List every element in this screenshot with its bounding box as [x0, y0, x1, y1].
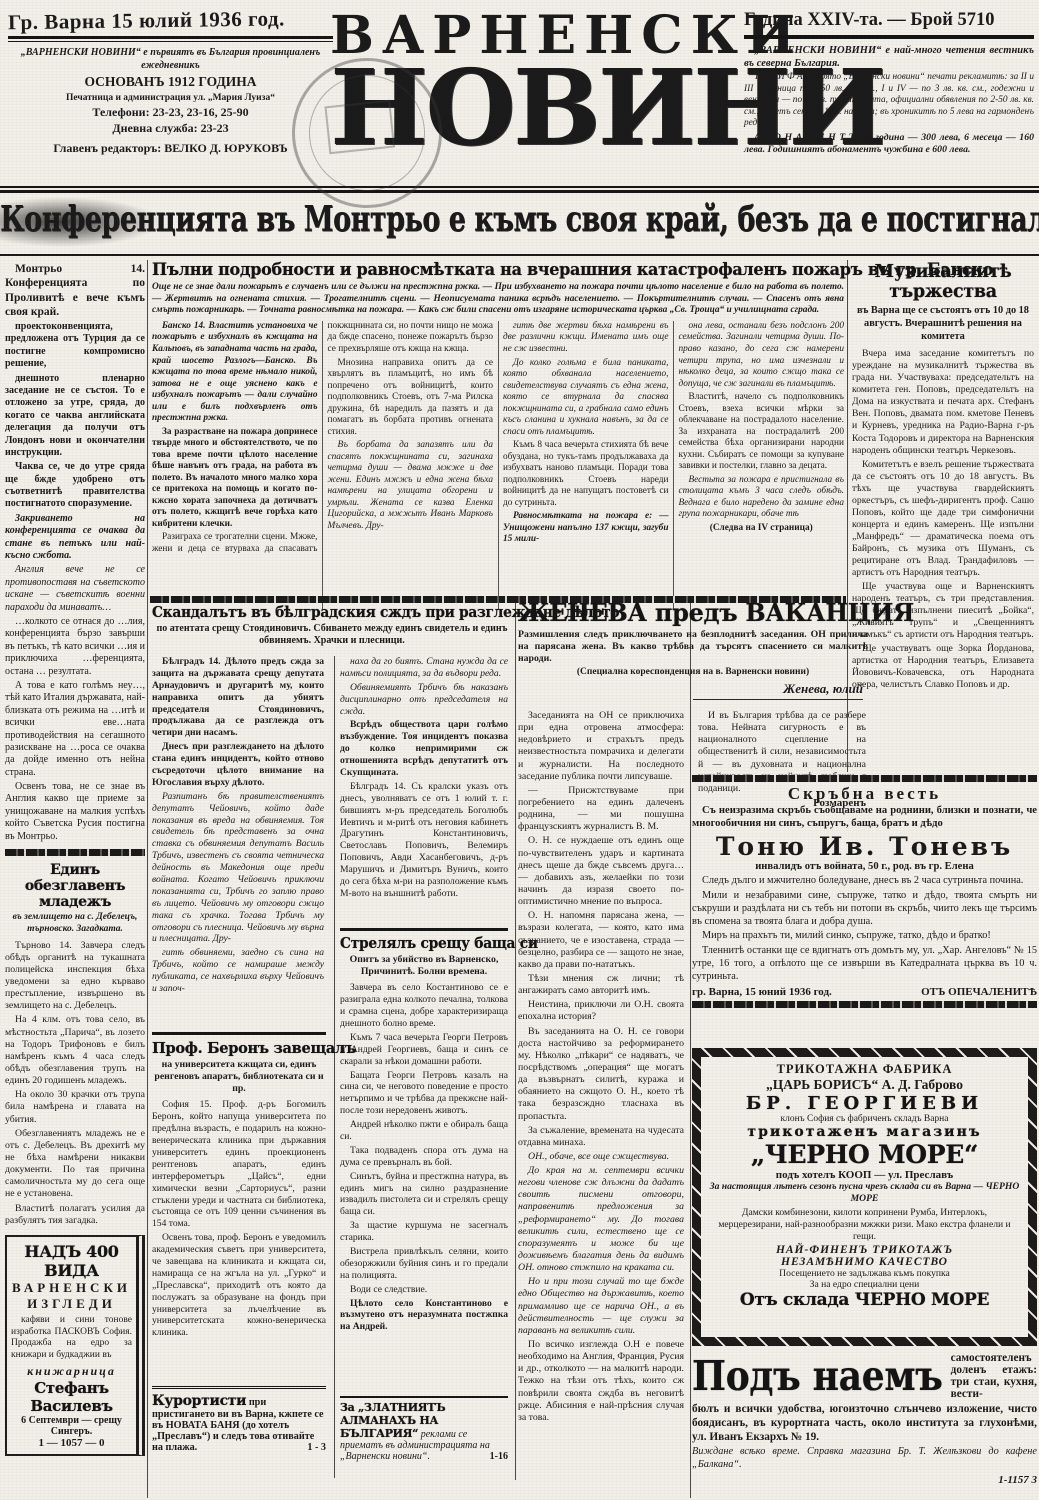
geneva-article: ЖЕНЕВА предъ ВАКАНЦИЯ Размишления следъ … — [518, 598, 868, 700]
rent-ad-code: 1-1157 3 — [692, 1474, 1037, 1486]
column-rule-2 — [515, 602, 516, 1480]
paragraph: Въ заседанията на О. Н. се говори доста … — [518, 1026, 684, 1123]
issue-line: Година XXIV-та. — Брой 5710 — [744, 10, 1034, 39]
paragraph: София 15. Проф. д-ръ Богомилъ Беронъ, ко… — [152, 1099, 326, 1230]
paragraph: Разпитанъ бѣ правителствениятъ депутатъ … — [152, 791, 324, 946]
fire-article: Пълни подробности и равносмѣтката на вче… — [152, 260, 844, 609]
most-read-claim: „ВАРНЕНСКИ НОВИНИ“ е най-много четения в… — [744, 44, 1034, 70]
paragraph: За щастие куршума не засегналъ старика. — [340, 1220, 508, 1244]
paragraph: Бѣлградъ 14. Съ кралски указъ отъ днесъ,… — [340, 781, 508, 900]
montreux-lede: Монтрьо 14. Конференцията по Проливитѣ е… — [5, 262, 145, 319]
paragraph: За съжаление, времената на чудесата отда… — [518, 1125, 684, 1149]
paragraph: На 4 клм. отъ това село, въ мѣстностьта … — [5, 1014, 145, 1087]
stamp-inner-box — [324, 100, 395, 155]
rent-ad-note: Виждане всѣко време. Справка магазина Бр… — [692, 1446, 1037, 1472]
paskov-address: 6 Септември — срещу Сингеръ. — [11, 1415, 132, 1437]
paragraph: Вестьта за пожара е пристигнала въ столи… — [679, 475, 845, 521]
knit-line4: клонъ София съ фабриченъ складъ Варна — [709, 1114, 1020, 1124]
obituary-bottom-bar — [692, 1001, 1037, 1008]
phones-line: Телефони: 23-23, 23-16, 25-90 — [8, 105, 333, 121]
paragraph: Къмъ 8 часа вечерьта стихията бѣ вече об… — [503, 440, 669, 509]
scandal-col2: наха да го биятъ. Стана нужда да се намѣ… — [340, 656, 508, 928]
almanac-code: 1-16 — [490, 1451, 508, 1462]
address-line: Печатница и администрация ул. „Мария Луи… — [8, 92, 333, 104]
day-service-line: Дневна служба: 23-23 — [8, 121, 333, 137]
resort-code: 1 - 3 — [307, 1442, 326, 1453]
obituary-box: Скръбна весть Съ неизразима скръбь съобщ… — [692, 775, 1037, 1008]
knit-line2: „ЦАРЬ БОРИСЪ“ А. Д. Габрово — [709, 1077, 1020, 1093]
masthead-right-block: Година XXIV-та. — Брой 5710 „ВАРНЕНСКИ Н… — [744, 10, 1034, 158]
resort-notice: Курортисти при пристигането ви въ Варна,… — [152, 1386, 326, 1453]
music-body: Вчера има заседание комитетътъ по урежда… — [852, 348, 1034, 786]
paragraph: Неистина, приключи ли О.Н. своята епохал… — [518, 999, 684, 1023]
paragraph: Въ борбата да запазятъ или да спасятъ по… — [328, 440, 494, 532]
obituary-body: Следъ дълго и мжчително боледуване, днес… — [692, 875, 1037, 983]
knit-slogan2: НЕЗАМѢНИМО КАЧЕСТВО — [709, 1256, 1020, 1268]
paragraph: На около 30 крачки отъ трупа била намѣре… — [5, 1089, 145, 1125]
obituary-footer: гр. Варна, 15 юний 1936 год. ОТЪ ОПЕЧАЛЕ… — [692, 986, 1037, 998]
paragraph: Комитетътъ е взелъ решение тържествата д… — [852, 459, 1034, 579]
paragraph: (Следва на IV страница) — [679, 523, 845, 535]
paragraph: Властитѣ, начело съ подполковникъ Стоевъ… — [679, 392, 845, 473]
banner-headline-row: Конференцията въ Монтрьо е къмъ своя кра… — [0, 200, 1039, 252]
paragraph: — Присжтствуваме при погребението на еди… — [518, 785, 684, 834]
paragraph: Чаква се, че до утре сряда ще бжде удобр… — [5, 461, 145, 511]
paragraph: До колко голѣма е била паниката, която о… — [503, 358, 669, 439]
paragraph: Мили и незабравими сине, съпруже, татко … — [692, 890, 1037, 928]
paragraph: Всрѣдъ обществота цари голѣмо възбуждени… — [340, 719, 508, 778]
paragraph: Завчера въ село Костантиново се е разигр… — [340, 982, 508, 1030]
beheaded-headline: Единъ обезглавенъ младежъ — [5, 862, 145, 910]
paragraph: Англия вече не се противопоставя на съве… — [5, 564, 145, 614]
paragraph: Обвиняемиятъ Трбичъ бѣ наказанъ дисципли… — [340, 682, 508, 718]
column-rule-1 — [147, 260, 148, 1498]
music-headline: Музикалнитѣ тържества — [852, 262, 1034, 302]
fire-body-columns: Банско 14. Властитѣ установиха че пожаръ… — [152, 321, 844, 609]
shooting-deck: Опитъ за убийство въ Варненско, Причинит… — [340, 954, 508, 978]
obituary-intro: Съ неизразима скръбь съобщаваме на родни… — [692, 804, 1037, 830]
paragraph: она лева, останали безъ подслонъ 200 сем… — [679, 321, 845, 390]
rent-ad-top-row: Подъ наемъ самостоятеленъ доленъ етажъ: … — [692, 1352, 1037, 1400]
paskov-shop-label: книжарница — [11, 1364, 132, 1379]
music-deck: въ Варна ще се състоятъ отъ 10 до 18 авг… — [852, 305, 1034, 343]
obituary-subline: инвалидъ отъ войната, 50 г., род. въ гр.… — [692, 861, 1037, 872]
fire-headline: Пълни подробности и равносмѣтката на вче… — [152, 260, 823, 279]
column-rule-3 — [690, 602, 691, 1498]
paragraph: О. Н. напомня парясана жена, — възрази к… — [518, 910, 684, 971]
paragraph: гитѣ обвиняеми, заедно съ сина на Трбичъ… — [152, 947, 324, 995]
beron-article: Проф. Беронъ завещалъ на университета кж… — [152, 1032, 326, 1367]
tariff-text: Т А Р И Ф А по която „Варненски новини“ … — [744, 72, 1034, 130]
paragraph: Води се следствие. — [340, 1284, 508, 1296]
obituary-heading: Скръбна весть — [692, 784, 1037, 804]
scandal-headline: Скандалътъ въ бѣлградския сждъ при разгл… — [152, 604, 494, 621]
dateline-rule — [8, 36, 333, 42]
dateline: Гр. Варна 15 юлий 1936 год. — [8, 6, 333, 36]
paskov-ad-line3: ИЗГЛЕДИ — [11, 1296, 132, 1312]
paragraph: Банско 14. Властитѣ установиха че пожаръ… — [152, 321, 318, 425]
newspaper-front-page: Гр. Варна 15 юлий 1936 год. „ВАРНЕНСКИ Н… — [0, 0, 1039, 1500]
paragraph: Тленнитѣ останки ще се вдигнатъ отъ домъ… — [692, 945, 1037, 983]
shooting-headline: Стрелялъ срещу баща си — [340, 934, 495, 952]
paragraph: Вчера има заседание комитетътъ по урежда… — [852, 348, 1034, 456]
beron-headline: Проф. Беронъ завещалъ — [152, 1039, 321, 1057]
masthead-left-block: Гр. Варна 15 юлий 1936 год. „ВАРНЕНСКИ Н… — [8, 8, 333, 158]
beron-body: София 15. Проф. д-ръ Богомилъ Беронъ, ко… — [152, 1099, 326, 1367]
montreux-article: Монтрьо 14. Конференцията по Проливитѣ е… — [5, 262, 145, 1456]
knit-body2: Дамски комбинезони, килоти копринени Рум… — [709, 1207, 1020, 1243]
scandal-article: Скандалътъ въ бѣлградския сждъ при разгл… — [152, 604, 512, 650]
subscription-text: А Б О Н А М Е Н Т Ъ: за година — 300 лев… — [744, 132, 1034, 156]
obituary-name: Тоню Ив. Тоневъ — [692, 832, 1037, 861]
masthead-rule-thin — [0, 186, 1039, 188]
paragraph: проектоконвенцията, предложена отъ Турци… — [5, 321, 145, 371]
rent-ad-body: бюлъ и всички удобства, югоизточно слънч… — [692, 1402, 1037, 1444]
paskov-shop-name: Стефанъ Василевъ — [11, 1379, 132, 1415]
geneva-deck: Размишления следъ приключването на безпл… — [518, 629, 868, 665]
knitwear-ad: ТРИКОТАЖНА ФАБРИКА „ЦАРЬ БОРИСЪ“ А. Д. Г… — [692, 1048, 1037, 1346]
paragraph: Тѣзи мнения сж лични; тѣ ангажиратъ само… — [518, 973, 684, 997]
obituary-top-bar — [692, 775, 1037, 782]
paskov-code: 1 — 1057 — 0 — [11, 1437, 132, 1449]
geneva-byline: Женева, юлий — [693, 681, 863, 700]
knit-body1: За настоящия лѣтенъ сезонъ пусна чрезъ с… — [709, 1181, 1020, 1205]
shooting-article: Стрелялъ срещу баща си Опитъ за убийство… — [340, 928, 508, 1380]
paskov-ad: НАДЪ 400 ВИДА ВАРНЕНСКИ ИЗГЛЕДИ кафяви и… — [5, 1235, 145, 1456]
paskov-ad-line1: НАДЪ 400 ВИДА — [11, 1242, 132, 1280]
banner-rule — [0, 254, 1039, 256]
rent-ad: Подъ наемъ самостоятеленъ доленъ етажъ: … — [692, 1352, 1037, 1486]
knit-line3: БР. ГЕОРГИЕВИ — [709, 1093, 1020, 1114]
paragraph: Вистрела привлѣкълъ селяни, които обезор… — [340, 1246, 508, 1282]
almanac-notice: За „ЗЛАТНИЯТЪ АЛМАНАХЪ НА БЪЛГАРИЯ“ рекл… — [340, 1396, 508, 1462]
paragraph: Търново 14. Завчера следъ обѣдъ органитѣ… — [5, 940, 145, 1013]
knit-line5: трикотаженъ магазинъ — [709, 1124, 1020, 1140]
montreux-body: проектоконвенцията, предложена отъ Турци… — [5, 321, 145, 843]
paragraph: Цѣлото село Константиново е възмутено от… — [340, 1298, 508, 1334]
paragraph: Бѣлградъ 14. Дѣлото предъ сжда за защита… — [152, 656, 324, 739]
paragraph: Бащата Георги Петровъ казалъ на сина си,… — [340, 1070, 508, 1118]
paragraph: О. Н. се нуждаеше отъ единъ още по-чувст… — [518, 835, 684, 908]
knit-line1: ТРИКОТАЖНА ФАБРИКА — [709, 1062, 1020, 1077]
paragraph: Но и при този случай то ще бжде едно Общ… — [518, 1276, 684, 1337]
paragraph: Синътъ, буйна и престжпна натура, въ еди… — [340, 1171, 508, 1219]
scandal-deck: по атентата срещу Стоядиновичъ. Сбиванет… — [152, 623, 512, 648]
paragraph: Обезглавениятъ младежъ не е отъ с. Дебел… — [5, 1128, 145, 1201]
paragraph: Къмъ 7 часа вечерьта Георги Петровъ и Ан… — [340, 1032, 508, 1068]
scandal-col1: Бѣлградъ 14. Дѣлото предъ сжда за защита… — [152, 656, 324, 1028]
paragraph: А това е като голѣмъ неу…, тѣй като Итал… — [5, 680, 145, 779]
knit-slogan1: НАЙ-ФИНЕНЪ ТРИКОТАЖЪ — [709, 1244, 1020, 1256]
paragraph: Ще участвуватъ още Зорка Йорданова, арти… — [852, 643, 1034, 691]
knit-note2: За на едро специални цени — [709, 1279, 1020, 1290]
music-festival-article: Музикалнитѣ тържества въ Варна ще се със… — [852, 262, 1034, 786]
knit-name: „ЧЕРНО МОРЕ“ — [709, 1140, 1020, 1169]
editor-line: Главенъ редакторъ: ВЕЛКО Д. ЮРУКОВЪ — [8, 141, 333, 157]
paskov-ad-body: кафяви и сини тонове изработка ПАСКОВЪ С… — [11, 1315, 132, 1362]
geneva-credit: (Специална кореспонденция на в. Варненск… — [518, 667, 868, 679]
obituary-place-date: гр. Варна, 15 юний 1936 год. — [692, 986, 832, 998]
resort-lead: Курортисти — [152, 1393, 246, 1409]
paskov-ad-line2: ВАРНЕНСКИ — [11, 1280, 132, 1296]
paragraph: По всичко изглежда О.Н е повече необходи… — [518, 1339, 684, 1424]
paragraph: наха да го биятъ. Стана нужда да се намѣ… — [340, 656, 508, 680]
masthead: Гр. Варна 15 юлий 1936 год. „ВАРНЕНСКИ Н… — [0, 0, 1039, 188]
beheaded-deck: въ землището на с. Дебелецъ, търновско. … — [5, 912, 145, 936]
banner-headline: Конференцията въ Монтрьо е къмъ своя кра… — [0, 200, 1039, 240]
paragraph: ОН., обаче, все още сжществува. — [518, 1151, 684, 1163]
paragraph: днешното пленарно заседание не се състоя… — [5, 373, 145, 460]
paragraph: Закриването на конференцията се очаква д… — [5, 513, 145, 563]
shooting-body: Завчера въ село Костантиново се е разигр… — [340, 982, 508, 1380]
masthead-left-info: „ВАРНЕНСКИ НОВИНИ“ е първиятъ въ Българи… — [8, 46, 333, 157]
geneva-col1: Заседанията на ОН се приключиха при една… — [518, 710, 684, 1428]
paragraph: Следъ дълго и мжчително боледуване, днес… — [692, 875, 1037, 888]
paragraph: Така подваденъ спора отъ дума на дума се… — [340, 1145, 508, 1169]
knit-footer: Отъ склада ЧЕРНО МОРЕ — [709, 1290, 1020, 1310]
founded-line: ОСНОВАНЪ 1912 ГОДИНА — [8, 73, 333, 91]
fire-deck: Още не се знае дали пожарьтъ е случаенъ … — [152, 282, 844, 317]
knit-note1: Посещението не задължава къмъ покупка — [709, 1268, 1020, 1279]
rent-ad-title: Подъ наемъ — [692, 1352, 943, 1400]
paragraph: Заседанията на ОН се приключиха при една… — [518, 710, 684, 783]
paragraph: За разрастване на пожара допринесе твърд… — [152, 427, 318, 531]
section-divider-bar — [5, 849, 145, 856]
masthead-rule-thick — [0, 190, 1039, 193]
paragraph: Миръ на прахътъ ти, милий синко, съпруже… — [692, 930, 1037, 943]
beheaded-body: Търново 14. Завчера следъ обѣдъ органитѣ… — [5, 940, 145, 1227]
paragraph: До края на м. септември всички негови чл… — [518, 1165, 684, 1274]
beron-deck: на университета кжщата си, единъ ренгено… — [152, 1059, 326, 1095]
paragraph: Днесъ при разглеждането на дѣлото стана … — [152, 741, 324, 789]
paragraph: Освенъ това, не се знае въ Англия какво … — [5, 781, 145, 843]
paragraph: Освенъ това, проф. Беронъ е уведомилъ ак… — [152, 1232, 326, 1339]
paragraph: …колкото се отнася до …лия, конференцият… — [5, 616, 145, 678]
paragraph: Властитѣ полагатъ усилия да разбулятъ ти… — [5, 1203, 145, 1227]
geneva-headline: ЖЕНЕВА предъ ВАКАНЦИЯ — [518, 598, 868, 627]
column-rule-5 — [334, 656, 335, 1478]
rent-ad-side: самостоятеленъ доленъ етажъ: три стаи, к… — [951, 1352, 1037, 1400]
paragraph: Андрей нѣколко пжти е обиралъ баща си. — [340, 1119, 508, 1143]
first-daily-claim: „ВАРНЕНСКИ НОВИНИ“ е първиятъ въ Българи… — [8, 46, 333, 72]
paragraph: гитѣ две жертви бѣха намѣрени въ две раз… — [503, 321, 669, 356]
paragraph: Равносмѣтката на пожара е: — Унищожени н… — [503, 511, 669, 546]
paragraph: Мнозина направиха опитъ да се хвърлятъ в… — [328, 358, 494, 439]
knit-line6: подъ хотелъ КООП — ул. Преславъ — [709, 1169, 1020, 1181]
obituary-signoff: ОТЪ ОПЕЧАЛЕНИТѢ — [921, 986, 1037, 998]
